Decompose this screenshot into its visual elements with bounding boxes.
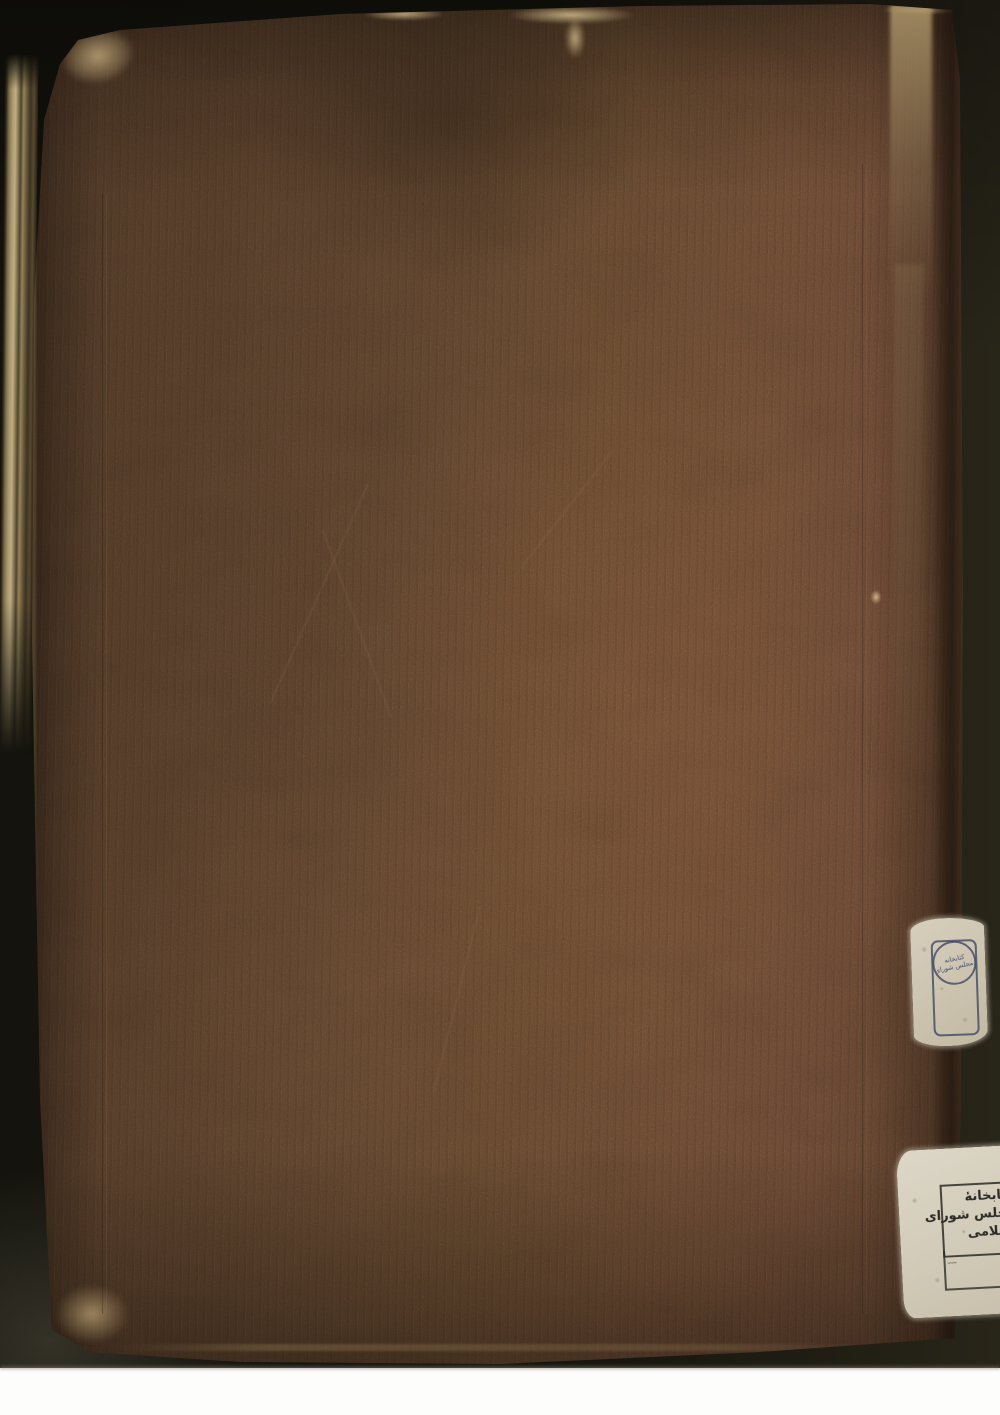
leather-book-cover <box>26 4 964 1368</box>
spine-crease-shadow <box>932 4 962 1344</box>
stamp-circle-seal: کتابخانه مجلس شورای <box>932 940 978 986</box>
scratch-mark <box>322 530 392 719</box>
scratch-mark <box>520 449 614 568</box>
leather-grain-texture <box>26 4 964 1368</box>
leather-mottle-texture <box>26 4 964 1368</box>
worn-hinge-band <box>890 4 932 304</box>
scratch-mark <box>433 907 481 1092</box>
shelf-label-lower-rule <box>943 1247 1000 1291</box>
small-chip-mark <box>869 588 883 606</box>
blind-tooling-line-left <box>102 194 107 1314</box>
book-scan-photo: کتابخانه مجلس شورای کتابخانهٔ مجلس شورای… <box>0 0 1000 1415</box>
bottom-edge-highlight <box>116 1344 876 1351</box>
scratch-mark <box>269 484 368 704</box>
library-shelf-label: کتابخانهٔ مجلس شورای اسلامی ﹏ <box>896 1145 1000 1319</box>
worn-top-edge-chip <box>562 12 588 64</box>
shelf-text-line-3: اسلامی <box>946 1222 1000 1244</box>
worn-hinge-band-faint <box>894 264 924 904</box>
shelf-label-box: کتابخانهٔ مجلس شورای اسلامی <box>940 1181 1000 1258</box>
stamp-rectangle: کتابخانه مجلس شورای <box>931 939 980 1037</box>
scanner-white-strip <box>0 1368 1000 1415</box>
library-stamp-label: کتابخانه مجلس شورای <box>910 917 988 1048</box>
blind-tooling-line-right <box>862 164 867 1314</box>
